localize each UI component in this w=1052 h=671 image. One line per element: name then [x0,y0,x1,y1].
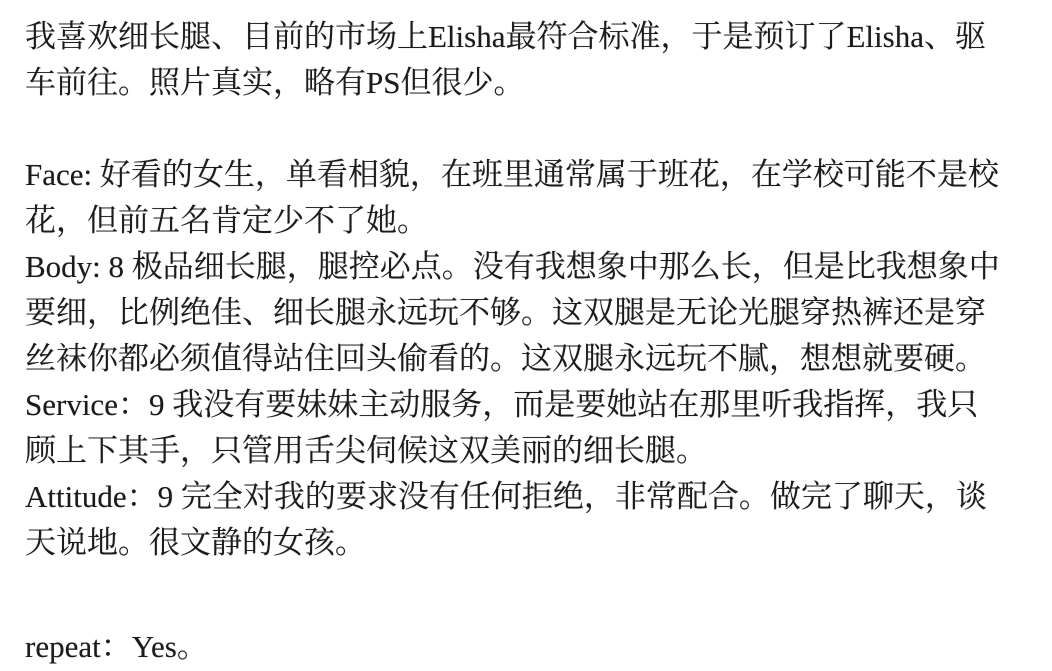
text-line: 要细，比例绝佳、细长腿永远玩不够。这双腿是无论光腿穿热裤还是穿 [25,290,1034,336]
text-line-face: Face: 好看的女生，单看相貌，在班里通常属于班花，在学校可能不是校 [25,152,1034,198]
text-line: 顾上下其手，只管用舌尖伺候这双美丽的细长腿。 [25,428,1034,474]
text-line-attitude: Attitude：9 完全对我的要求没有任何拒绝，非常配合。做完了聊天，谈 [25,474,1034,520]
text-line: 天说地。很文静的女孩。 [25,520,1034,566]
text-line-body: Body: 8 极品细长腿，腿控必点。没有我想象中那么长，但是比我想象中 [25,244,1034,290]
intro-paragraph: 我喜欢细长腿、目前的市场上Elisha最符合标准，于是预订了Elisha、驱 车… [25,14,1034,106]
text-line: 丝袜你都必须值得站住回头偷看的。这双腿永远玩不腻，想想就要硬。 [25,336,1034,382]
text-line-repeat: repeat：Yes。 [25,624,1034,670]
text-line-service: Service：9 我没有要妹妹主动服务，而是要她站在那里听我指挥，我只 [25,382,1034,428]
document-page: 我喜欢细长腿、目前的市场上Elisha最符合标准，于是预订了Elisha、驱 车… [0,0,1052,671]
review-paragraph: Face: 好看的女生，单看相貌，在班里通常属于班花，在学校可能不是校 花，但前… [25,152,1034,566]
text-line: 车前往。照片真实，略有PS但很少。 [25,60,1034,106]
text-line: 我喜欢细长腿、目前的市场上Elisha最符合标准，于是预订了Elisha、驱 [25,14,1034,60]
document-text-block: 我喜欢细长腿、目前的市场上Elisha最符合标准，于是预订了Elisha、驱 车… [0,0,1052,670]
text-line: 花，但前五名肯定少不了她。 [25,198,1034,244]
footer-paragraph: repeat：Yes。 [25,624,1034,670]
